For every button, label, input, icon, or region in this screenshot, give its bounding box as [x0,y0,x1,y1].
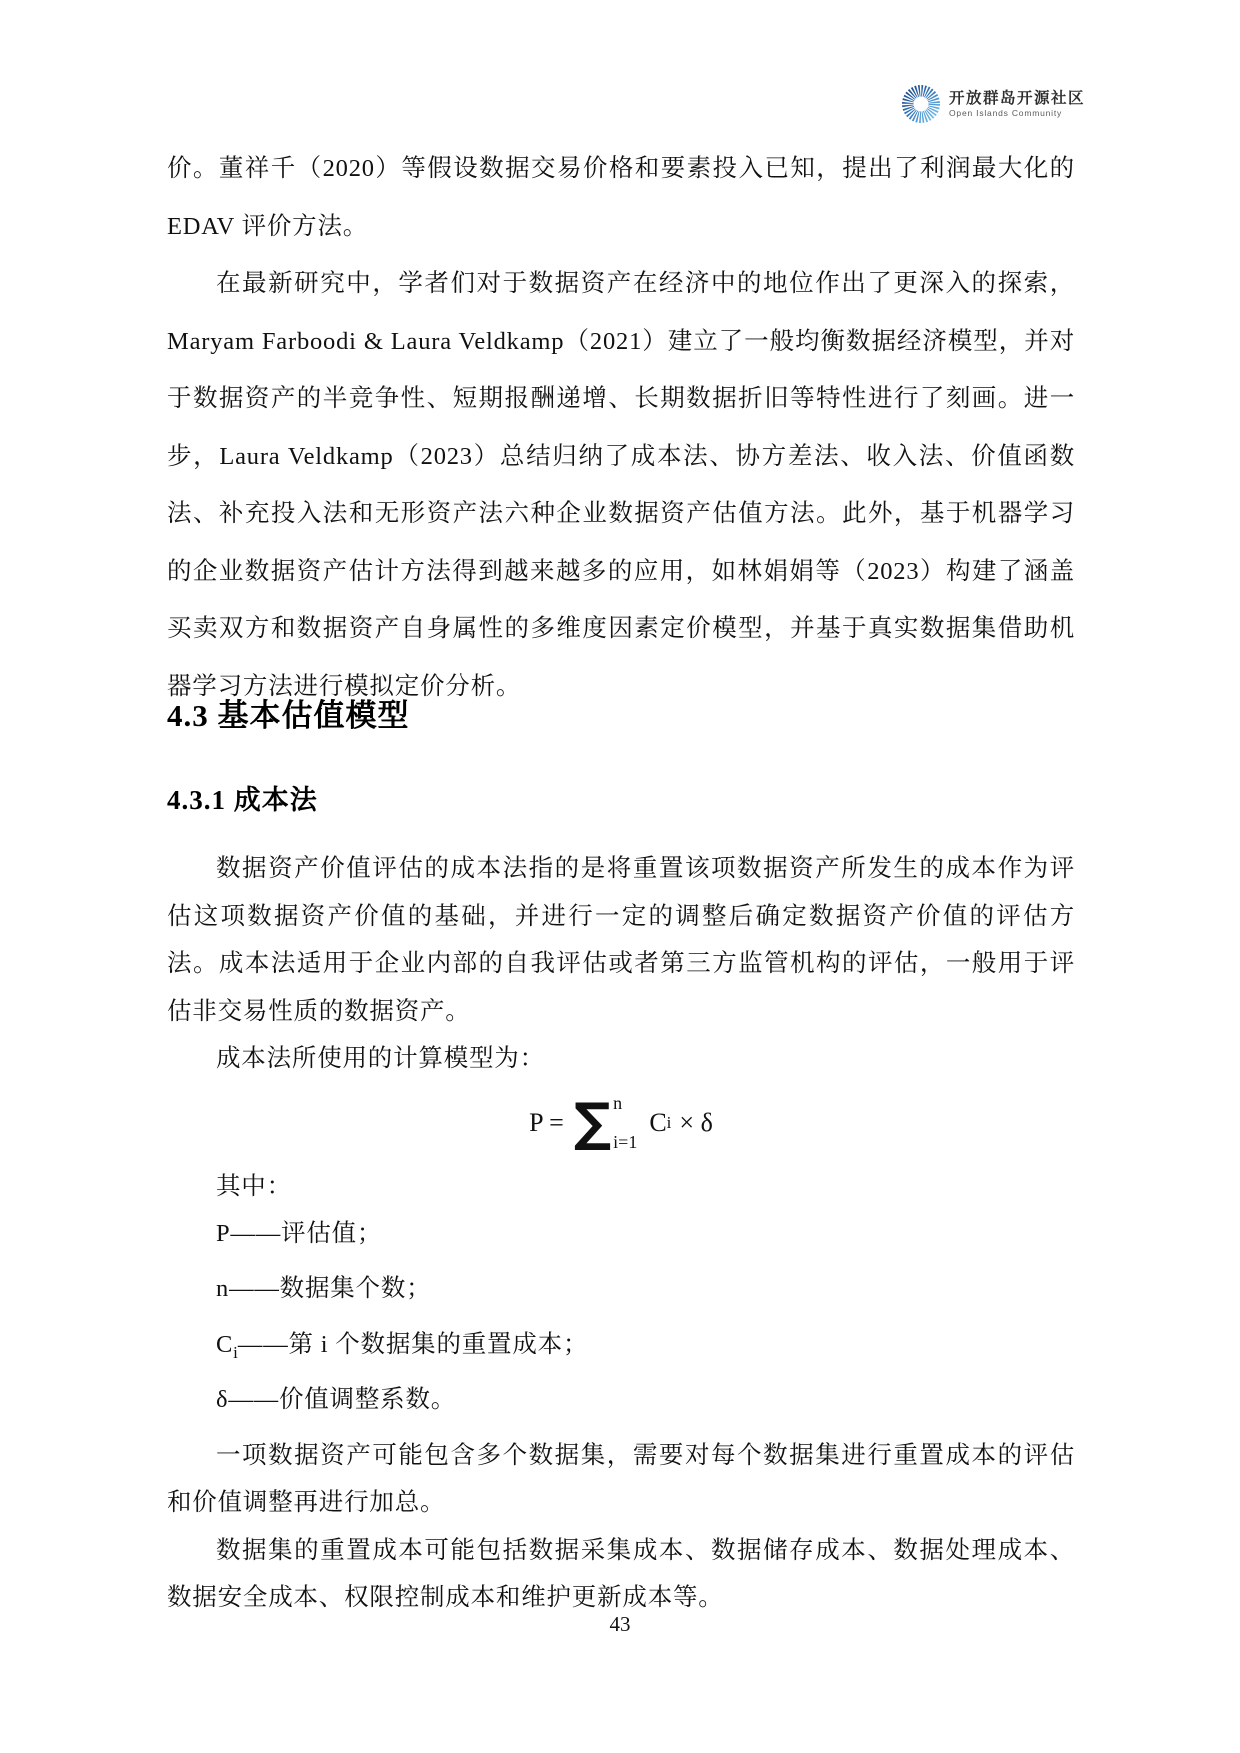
definition-P: P——评估值； [167,1210,1075,1265]
intro-section: 价。董祥千（2020）等假设数据交易价格和要素投入已知，提出了利润最大化的 ED… [167,140,1075,715]
sunburst-logo-icon [901,84,941,124]
logo-subtitle: Open Islands Community [949,109,1085,118]
logo: 开放群岛开源社区 Open Islands Community [901,84,1085,124]
paragraph-continuation: 价。董祥千（2020）等假设数据交易价格和要素投入已知，提出了利润最大化的 ED… [167,140,1075,255]
symbol: δ [216,1386,228,1413]
paragraph-aggregation: 一项数据资产可能包含多个数据集，需要对每个数据集进行重置成本的评估和价值调整再进… [167,1432,1075,1527]
sigma-glyph: ∑ [574,1097,611,1149]
cost-method-section: 数据资产价值评估的成本法指的是将重置该项数据资产所发生的成本作为评估这项数据资产… [167,845,1075,1622]
formula-term: C [649,1108,666,1138]
summation-icon: ∑ n i=1 [574,1093,649,1153]
heading-4-3: 4.3 基本估值模型 [167,690,410,735]
paragraph-formula-lead-in: 成本法所使用的计算模型为： [167,1035,1075,1083]
paragraph-cost-components: 数据集的重置成本可能包括数据采集成本、数据储存成本、数据处理成本、数据安全成本、… [167,1527,1075,1622]
document-page: 开放群岛开源社区 Open Islands Community 价。董祥千（20… [0,0,1240,1753]
summation-lower-limit: i=1 [613,1132,637,1153]
page-footer: 43 [0,1612,1240,1637]
paragraph-latest-research: 在最新研究中，学者们对于数据资产在经济中的地位作出了更深入的探索，Maryam … [167,255,1075,715]
paragraph-cost-method-definition: 数据资产价值评估的成本法指的是将重置该项数据资产所发生的成本作为评估这项数据资产… [167,845,1075,1035]
definition-Ci: Ci——第 i 个数据集的重置成本； [167,1321,1075,1376]
heading-4-3-1: 4.3.1 成本法 [167,778,318,817]
symbol: P [216,1220,230,1247]
symbol-description: ——价值调整系数。 [228,1386,456,1413]
formula-lhs: P = [529,1108,564,1138]
definition-delta: δ——价值调整系数。 [167,1376,1075,1431]
logo-title: 开放群岛开源社区 [949,90,1085,107]
where-label: 其中： [167,1163,1075,1211]
cost-formula: P = ∑ n i=1 Ci × δ [167,1083,1075,1163]
symbol: C [216,1331,233,1358]
symbol-description: ——数据集个数； [229,1275,431,1302]
formula-term-subscript: i [667,1113,672,1133]
symbol-description: ——评估值； [230,1220,382,1247]
summation-limits: n i=1 [613,1093,637,1153]
page-number: 43 [610,1612,631,1636]
symbol: n [216,1275,229,1302]
formula-tail: × δ [679,1108,712,1138]
symbol-description: ——第 i 个数据集的重置成本； [238,1331,588,1358]
logo-text: 开放群岛开源社区 Open Islands Community [949,90,1085,118]
definition-n: n——数据集个数； [167,1265,1075,1320]
summation-upper-limit: n [613,1093,637,1114]
